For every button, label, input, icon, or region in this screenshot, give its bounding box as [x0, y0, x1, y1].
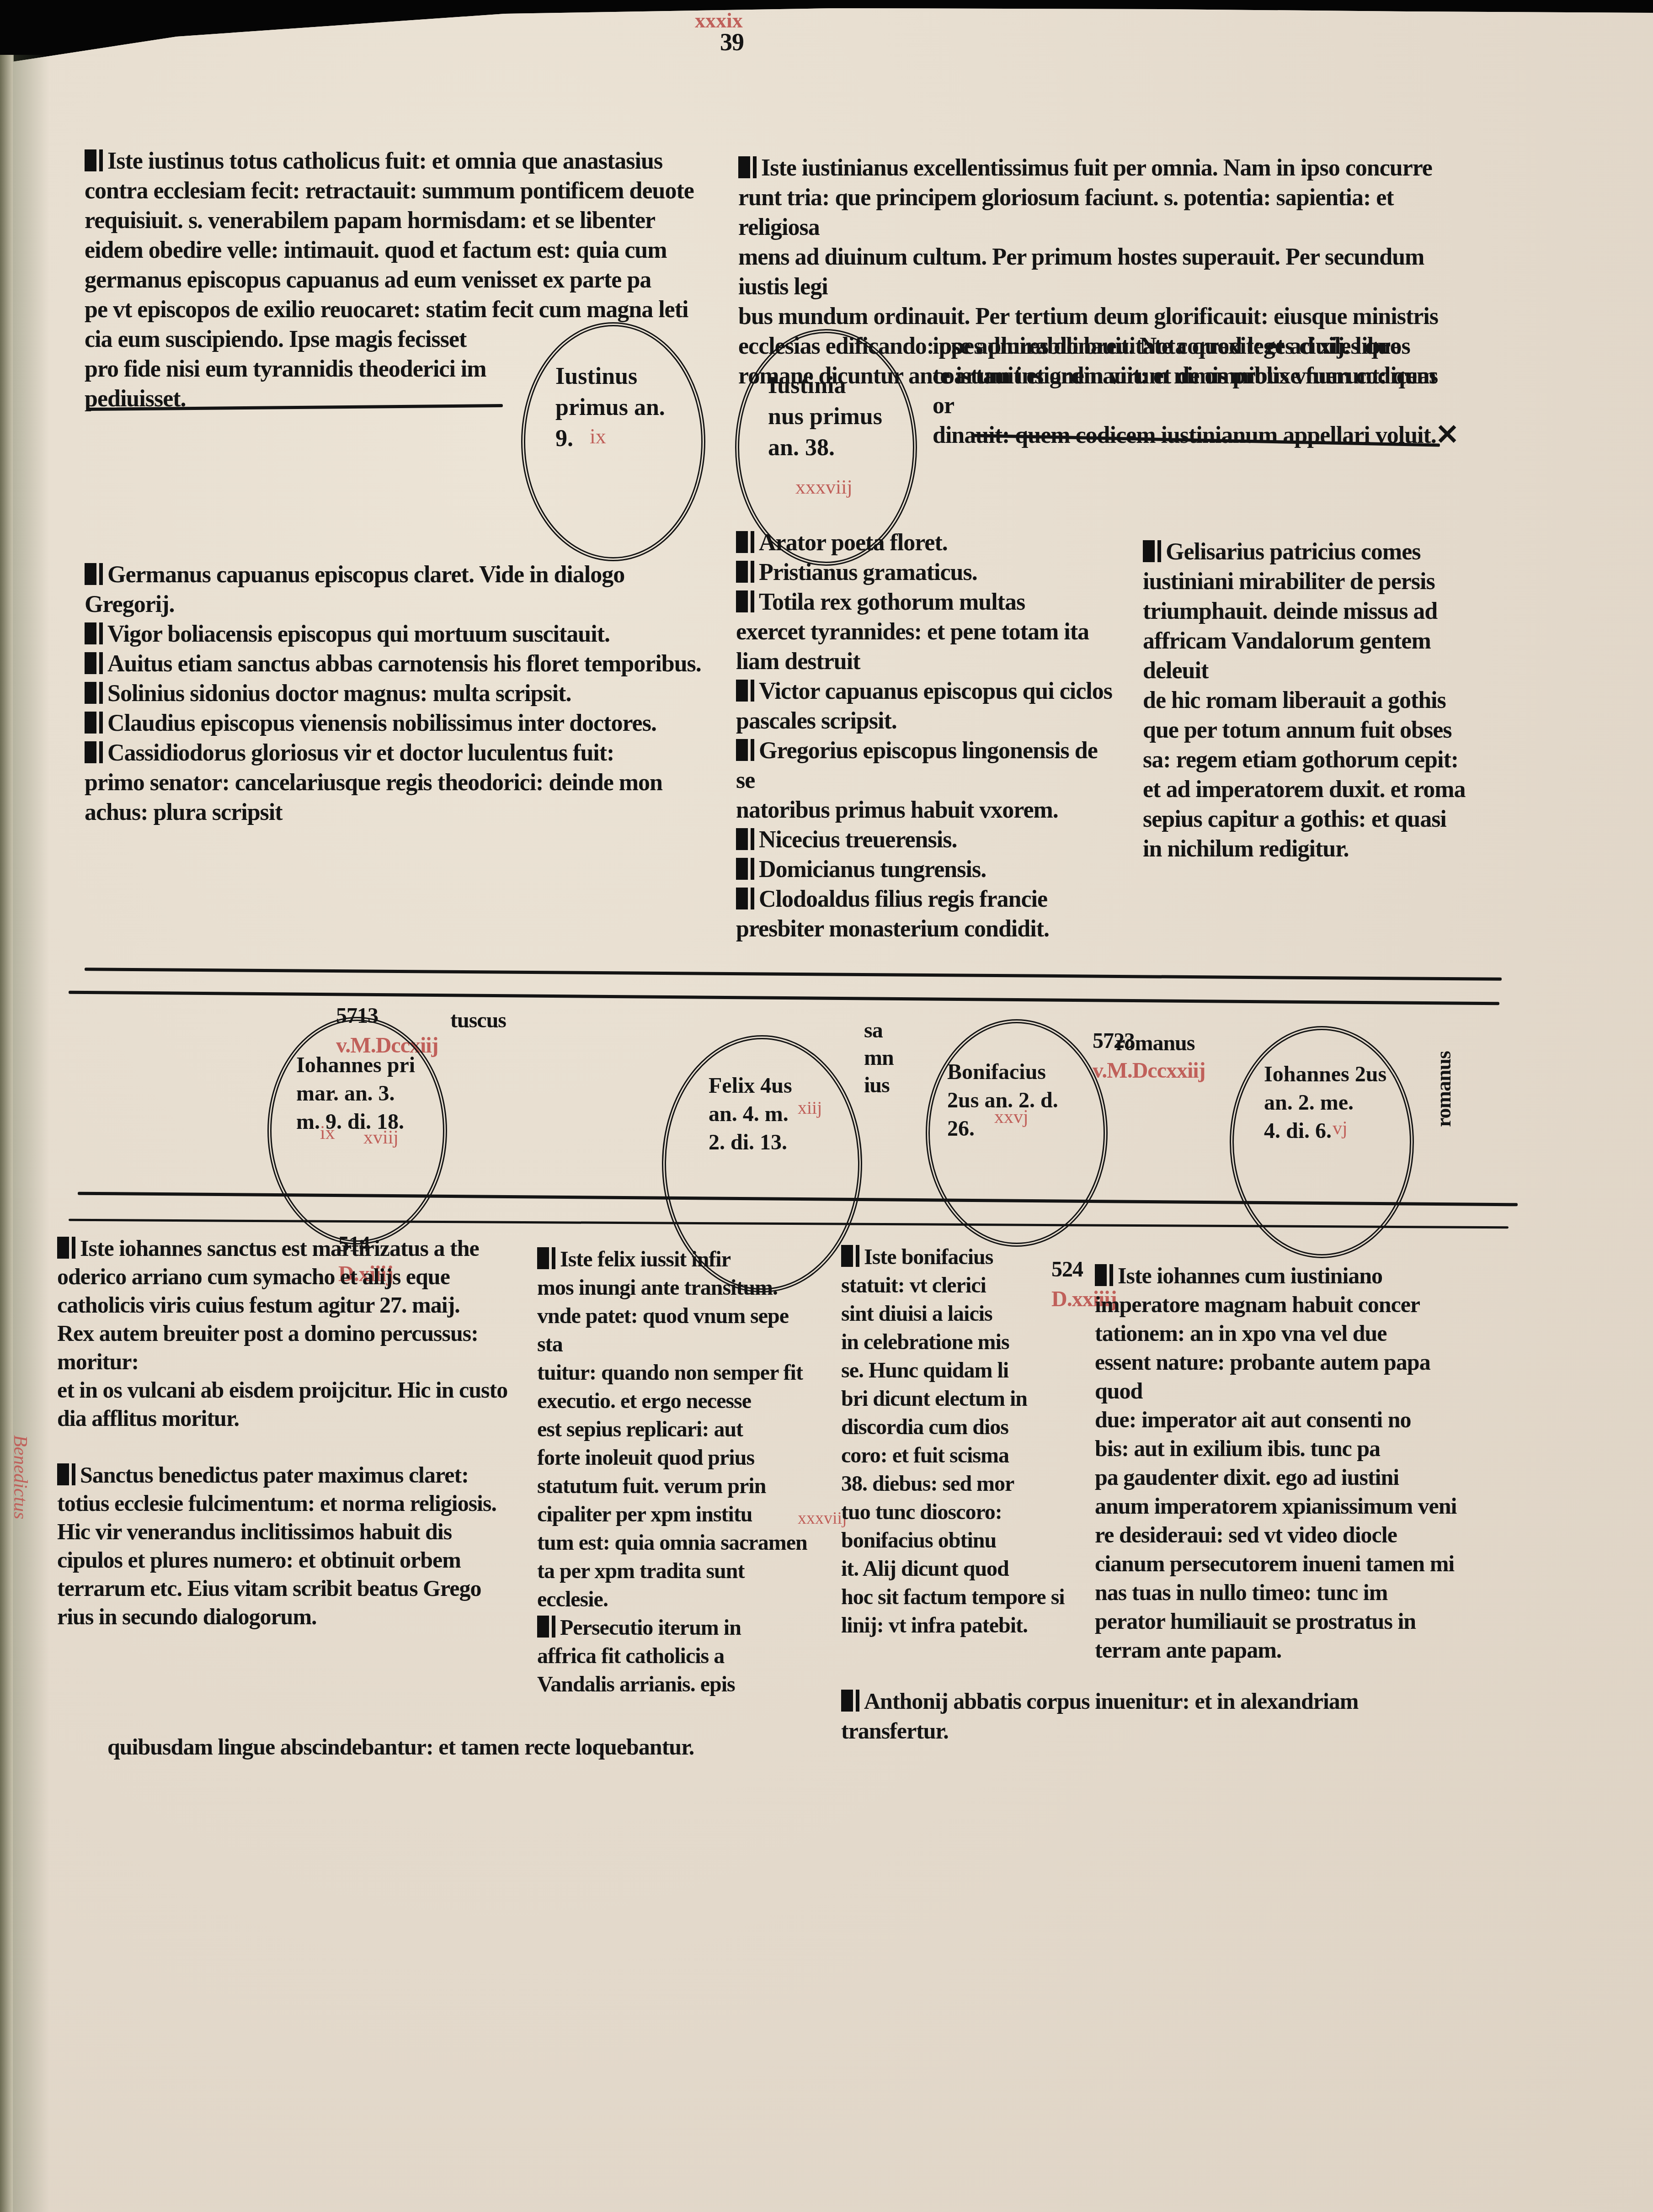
- justinianus-paragraph-cont: ipse admirabili breuitate correxit: et a…: [933, 331, 1454, 450]
- paragraph-mark-icon: [85, 712, 99, 734]
- pope-name: Bonifacius 2us an. 2. d. 26.: [947, 1058, 1058, 1143]
- paragraph-mark-icon: [85, 682, 99, 704]
- list-item: Solinius sidonius doctor magnus: multa s…: [85, 679, 734, 708]
- list-item: Auitus etiam sanctus abbas carnotensis h…: [85, 649, 734, 679]
- paragraph-mark-icon: [738, 156, 753, 178]
- list-item: Totila rex gothorum multas exercet tyran…: [736, 587, 1120, 676]
- origin-label: samnius: [864, 1017, 896, 1099]
- list-item: Iste felix iussit infir mos inungi ante …: [537, 1245, 811, 1614]
- paragraph-mark-icon: [85, 149, 99, 171]
- folio-arabic: 39: [720, 27, 744, 57]
- pope-name: Felix 4us an. 4. m. 2. di. 13.: [709, 1072, 792, 1157]
- list-item: Gelisarius patricius comes iustiniani mi…: [1143, 537, 1490, 864]
- persecution-continuation: quibusdam lingue abscindebantur: et tame…: [107, 1732, 747, 1762]
- list-item: Cassidiodorus gloriosus vir et doctor lu…: [85, 738, 734, 827]
- paragraph-mark-icon: [85, 652, 99, 674]
- paragraph-mark-icon: [841, 1690, 856, 1712]
- pope-name: Iohannes 2us an. 2. me. 4. di. 6.: [1264, 1060, 1386, 1145]
- pope-name: Iohannes pri mar. an. 3. m. 9. di. 18.: [296, 1051, 415, 1136]
- book-spine-edge: [0, 55, 14, 2212]
- gutter-shadow: [13, 55, 49, 2212]
- paragraph-mark-icon: [537, 1247, 552, 1269]
- paragraph-mark-icon: [736, 590, 751, 612]
- list-item: Sanctus benedictus pater maximus claret:…: [57, 1461, 551, 1631]
- contemporaries-col1: Germanus capuanus episcopus claret. Vide…: [85, 560, 734, 827]
- paragraph-mark-icon: [57, 1463, 72, 1485]
- origin-label: romanus: [1115, 1028, 1195, 1058]
- paragraph-mark-icon: [1095, 1264, 1109, 1286]
- emperor-name-justinus: Iustinus primus an. 9.: [555, 361, 665, 454]
- list-item: Germanus capuanus episcopus claret. Vide…: [85, 560, 734, 619]
- list-item: Gregorius episcopus lingonensis de se na…: [736, 736, 1120, 825]
- red-roman-numeral: ix: [590, 424, 606, 448]
- red-roman-numeral: ix: [320, 1122, 335, 1144]
- list-item: Claudius episcopus vienensis nobilissimu…: [85, 708, 734, 738]
- list-item: Vigor boliacensis episcopus qui mortuum …: [85, 619, 734, 649]
- list-item: Persecutio iterum in affrica fit catholi…: [537, 1614, 811, 1699]
- emperor-name-justinianus: Iustinia nus primus an. 38.: [768, 370, 882, 463]
- paragraph-mark-icon: [841, 1245, 856, 1267]
- paragraph-mark-icon: [85, 741, 99, 763]
- paragraph-mark-icon: [736, 858, 751, 880]
- red-roman-numeral: xiij: [798, 1097, 822, 1118]
- margin-annotation: Benedictus: [9, 1435, 31, 1519]
- paragraph-mark-icon: [1143, 540, 1157, 562]
- list-item: Iste bonifacius statuit: vt clerici sint…: [841, 1243, 1125, 1640]
- origin-label: tuscus: [450, 1005, 506, 1035]
- papal-notes-col2: Iste felix iussit infir mos inungi ante …: [537, 1245, 811, 1699]
- paragraph-mark-icon: [736, 739, 751, 761]
- paragraph-mark-icon: [85, 622, 99, 644]
- papal-notes-col3: Iste bonifacius statuit: vt clerici sint…: [841, 1243, 1125, 1640]
- contemporaries-col3: Gelisarius patricius comes iustiniani mi…: [1143, 537, 1490, 864]
- paragraph-mark-icon: [85, 563, 99, 585]
- contemporaries-col2: Arator poeta floret. Pristianus gramatic…: [736, 528, 1120, 944]
- papal-notes-col4: Iste iohannes cum iustiniano imperatore …: [1095, 1261, 1470, 1664]
- paragraph-mark-icon: [736, 561, 751, 583]
- paragraph-mark-icon: [736, 680, 751, 702]
- list-item: Domicianus tungrensis.: [736, 855, 1120, 884]
- paragraph-mark-icon: [736, 888, 751, 909]
- red-roman-numeral: vj: [1333, 1117, 1348, 1139]
- papal-notes-col1: Iste iohannes sanctus est martirizatus a…: [57, 1234, 551, 1631]
- paragraph-mark-icon: [57, 1237, 72, 1259]
- red-marginal-numeral: xxxviij: [798, 1508, 847, 1528]
- red-roman-numeral: xxxviij: [795, 475, 853, 499]
- list-item: Nicecius treuerensis.: [736, 825, 1120, 855]
- list-item: Victor capuanus episcopus qui ciclos pas…: [736, 676, 1120, 736]
- paragraph-mark-icon: [736, 531, 751, 553]
- paragraph-mark-icon: [736, 828, 751, 850]
- anthony-note: Anthonij abbatis corpus inuenitur: et in…: [841, 1657, 1481, 1746]
- list-item: Arator poeta floret.: [736, 528, 1120, 558]
- origin-label-vertical: romanus: [1429, 1051, 1458, 1127]
- list-item: Iste iohannes sanctus est martirizatus a…: [57, 1234, 551, 1432]
- paragraph-mark-icon: [537, 1616, 552, 1638]
- red-roman-numeral: xviij: [363, 1127, 399, 1149]
- list-item: Iste iohannes cum iustiniano imperatore …: [1095, 1261, 1470, 1664]
- list-item: Pristianus gramaticus.: [736, 558, 1120, 587]
- red-roman-numeral: xxvj: [994, 1106, 1029, 1128]
- list-item: Clodoaldus filius regis francie presbite…: [736, 884, 1120, 944]
